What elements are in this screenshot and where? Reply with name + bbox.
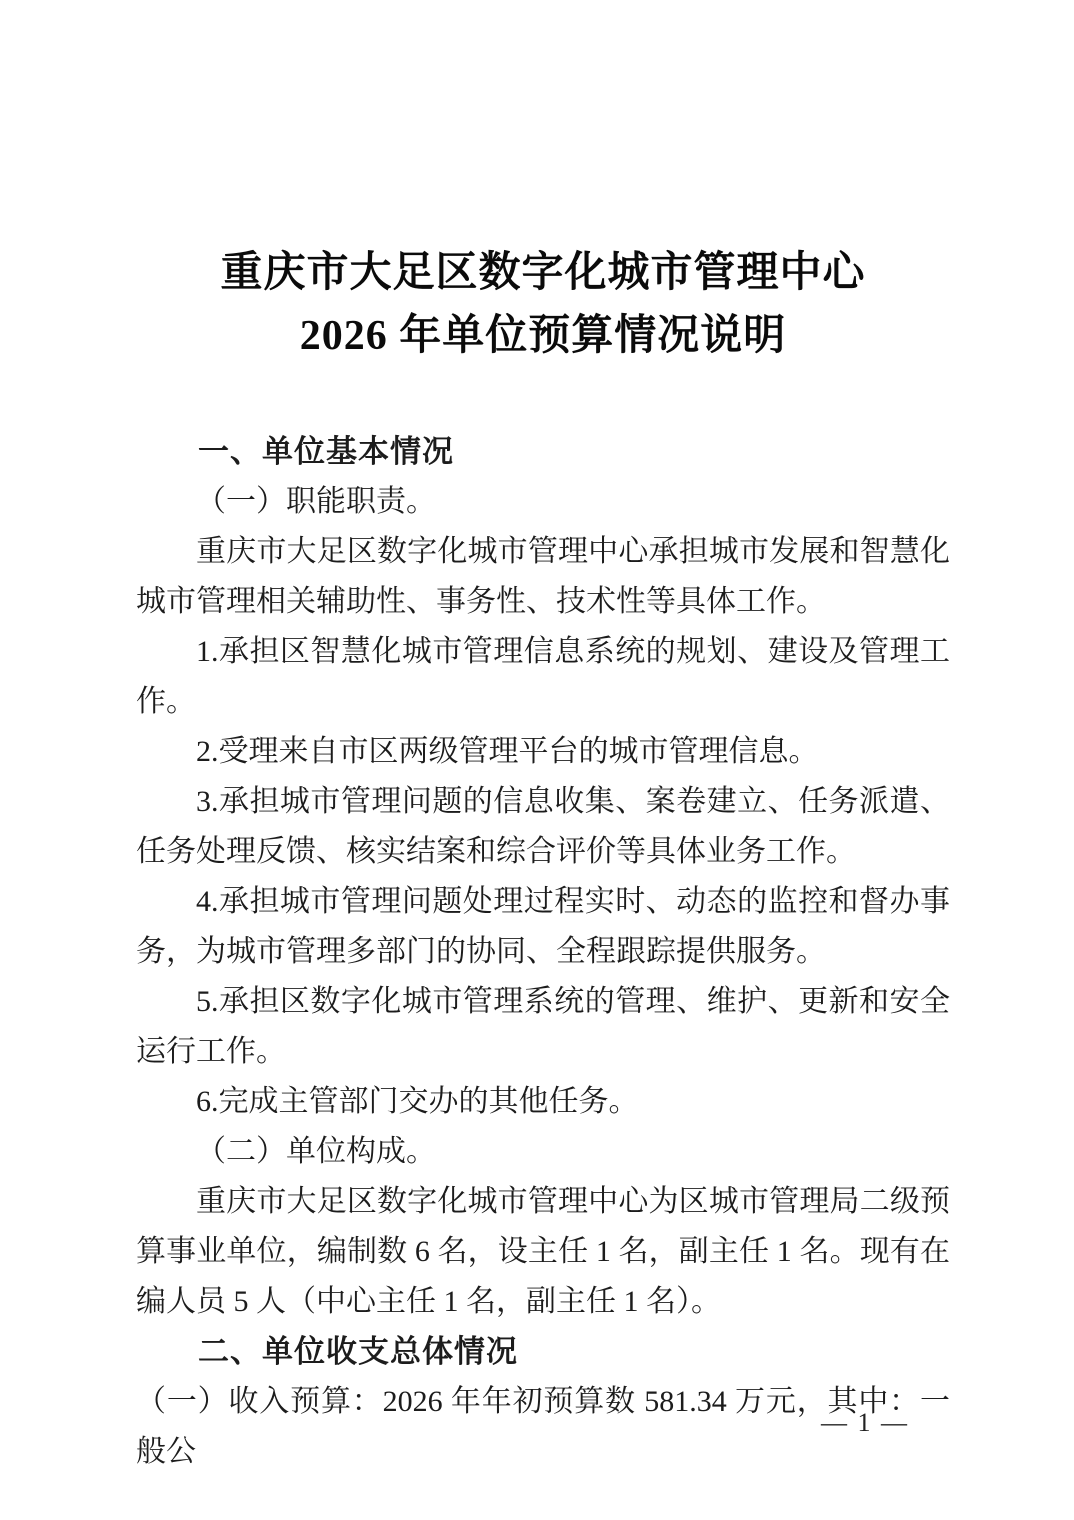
title-line-1: 重庆市大足区数字化城市管理中心	[136, 242, 950, 305]
paragraph-duty-3: 3.承担城市管理问题的信息收集、案卷建立、任务派遣、任务处理反馈、核实结案和综合…	[136, 777, 950, 877]
document-title: 重庆市大足区数字化城市管理中心 2026 年单位预算情况说明	[136, 242, 950, 368]
paragraph-duty-4: 4.承担城市管理问题处理过程实时、动态的监控和督办事务，为城市管理多部门的协同、…	[136, 877, 950, 977]
title-line-2: 2026 年单位预算情况说明	[136, 305, 950, 368]
paragraph-duty-2: 2.受理来自市区两级管理平台的城市管理信息。	[136, 727, 950, 777]
page-footer: — 1 —	[810, 1406, 920, 1440]
paragraph-duty-5: 5.承担区数字化城市管理系统的管理、维护、更新和安全运行工作。	[136, 977, 950, 1077]
document-body: 一、单位基本情况 （一）职能职责。 重庆市大足区数字化城市管理中心承担城市发展和…	[136, 427, 950, 1477]
page-number: — 1 —	[821, 1408, 909, 1437]
sub-heading-composition: （二）单位构成。	[136, 1127, 950, 1177]
paragraph-duty-1: 1.承担区智慧化城市管理信息系统的规划、建设及管理工作。	[136, 627, 950, 727]
paragraph-composition: 重庆市大足区数字化城市管理中心为区城市管理局二级预算事业单位，编制数 6 名，设…	[136, 1177, 950, 1327]
section-heading-1: 一、单位基本情况	[136, 427, 950, 477]
document-page: 重庆市大足区数字化城市管理中心 2026 年单位预算情况说明 一、单位基本情况 …	[0, 0, 1074, 1520]
paragraph-duty-6: 6.完成主管部门交办的其他任务。	[136, 1077, 950, 1127]
sub-heading-duties: （一）职能职责。	[136, 477, 950, 527]
paragraph-duties-intro: 重庆市大足区数字化城市管理中心承担城市发展和智慧化城市管理相关辅助性、事务性、技…	[136, 527, 950, 627]
section-heading-2: 二、单位收支总体情况	[136, 1327, 950, 1377]
